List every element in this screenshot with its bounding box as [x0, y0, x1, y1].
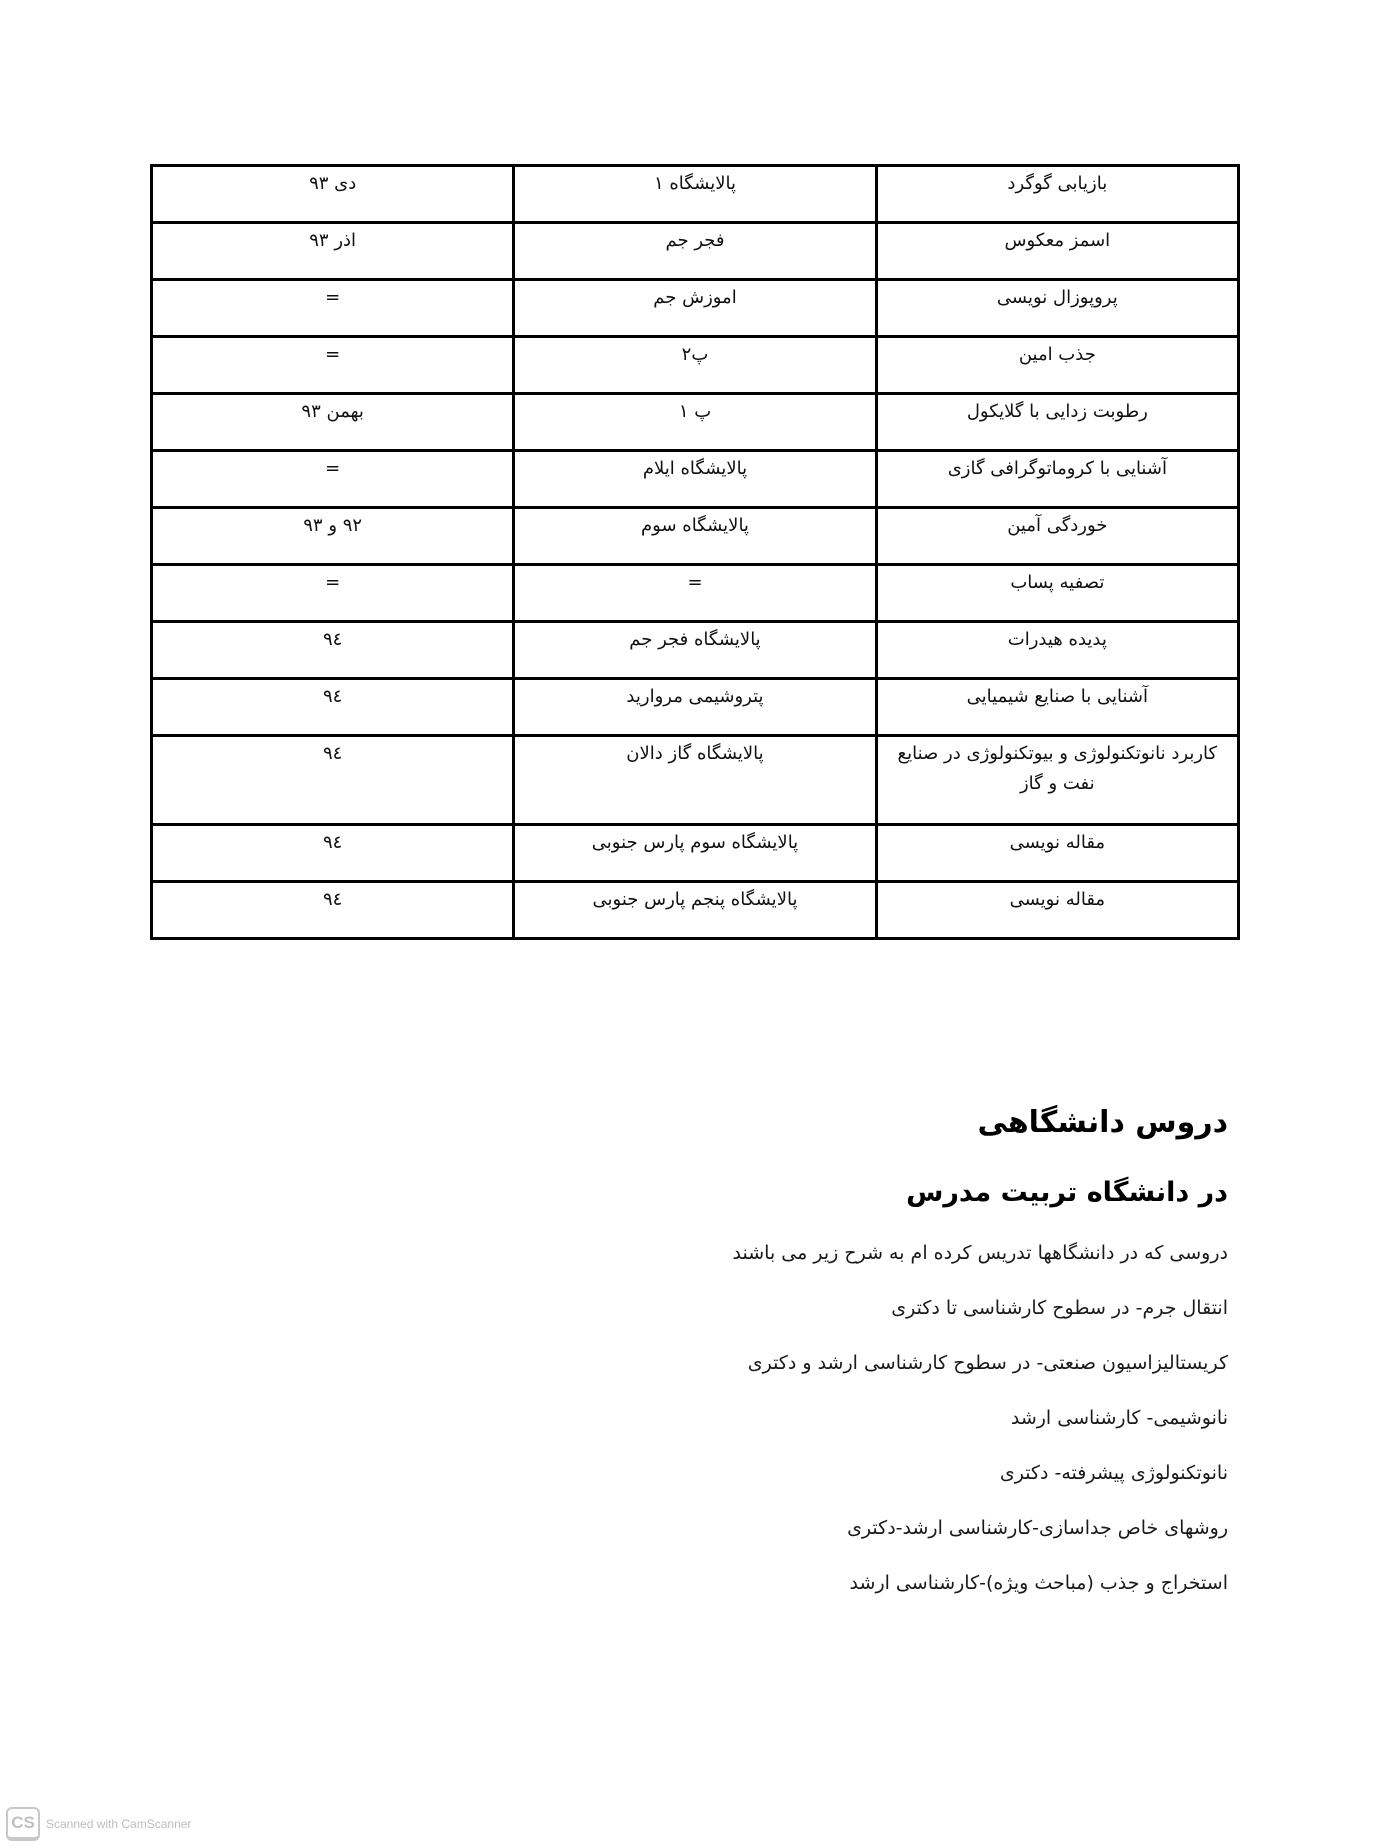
place-cell: فجر جم [514, 223, 876, 280]
section-heading: دروس دانشگاهی [978, 1105, 1229, 1140]
course-item: نانوتکنولوژی پیشرفته- دکتری [1000, 1462, 1228, 1484]
topic-cell: آشنایی با صنایع شیمیایی [876, 679, 1238, 736]
course-item: استخراج و جذب (مباحث ویژه)-کارشناسی ارشد [850, 1572, 1228, 1594]
topic-cell: کاربرد نانوتکنولوژی و بیوتکنولوژی در صنا… [876, 736, 1238, 825]
table-row: = پالایشگاه ایلام آشنایی با کروماتوگرافی… [152, 451, 1239, 508]
section-subheading: در دانشگاه تربیت مدرس [906, 1177, 1228, 1208]
topic-cell: پروپوزال نویسی [876, 280, 1238, 337]
date-cell: ۹۲ و ۹۳ [152, 508, 514, 565]
date-cell: = [152, 280, 514, 337]
topic-cell: آشنایی با کروماتوگرافی گازی [876, 451, 1238, 508]
table-row: ۹٤ پالایشگاه فجر جم پدیده هیدرات [152, 622, 1239, 679]
camscanner-logo-icon: CS [6, 1807, 40, 1841]
camscanner-watermark: CS Scanned with CamScanner [6, 1806, 191, 1842]
date-cell: ۹٤ [152, 736, 514, 825]
course-item: نانوشیمی- کارشناسی ارشد [1011, 1407, 1228, 1429]
intro-text: دروسی که در دانشگاهها تدریس کرده ام به ش… [733, 1242, 1228, 1264]
date-cell: = [152, 565, 514, 622]
table-row: ۹۲ و ۹۳ پالایشگاه سوم خوردگی آمین [152, 508, 1239, 565]
place-cell: = [514, 565, 876, 622]
place-cell: پالایشگاه ایلام [514, 451, 876, 508]
topic-cell: رطوبت زدایی با گلایکول [876, 394, 1238, 451]
watermark-text: Scanned with CamScanner [46, 1817, 191, 1831]
date-cell: = [152, 337, 514, 394]
table-row: ۹٤ پالایشگاه پنجم پارس جنوبی مقاله نویسی [152, 882, 1239, 939]
topic-cell: بازیابی گوگرد [876, 166, 1238, 223]
place-cell: پالایشگاه فجر جم [514, 622, 876, 679]
date-cell: ۹٤ [152, 679, 514, 736]
place-cell: پ ۱ [514, 394, 876, 451]
table-row: = = تصفیه پساب [152, 565, 1239, 622]
place-cell: پالایشگاه گاز دالان [514, 736, 876, 825]
topic-cell: مقاله نویسی [876, 882, 1238, 939]
date-cell: دی ۹۳ [152, 166, 514, 223]
place-cell: پالایشگاه سوم پارس جنوبی [514, 825, 876, 882]
date-cell: اذر ۹۳ [152, 223, 514, 280]
place-cell: پالایشگاه ۱ [514, 166, 876, 223]
table-row: ۹٤ پالایشگاه گاز دالان کاربرد نانوتکنولو… [152, 736, 1239, 825]
place-cell: پ۲ [514, 337, 876, 394]
table-row: ۹٤ پتروشیمی مروارید آشنایی با صنایع شیمی… [152, 679, 1239, 736]
place-cell: پالایشگاه سوم [514, 508, 876, 565]
place-cell: پالایشگاه پنجم پارس جنوبی [514, 882, 876, 939]
table-row: اذر ۹۳ فجر جم اسمز معکوس [152, 223, 1239, 280]
table-row: = اموزش جم پروپوزال نویسی [152, 280, 1239, 337]
course-item: روشهای خاص جداسازی-کارشناسی ارشد-دکتری [847, 1517, 1228, 1539]
date-cell: ۹٤ [152, 825, 514, 882]
table-row: بهمن ۹۳ پ ۱ رطوبت زدایی با گلایکول [152, 394, 1239, 451]
place-cell: پتروشیمی مروارید [514, 679, 876, 736]
date-cell: بهمن ۹۳ [152, 394, 514, 451]
date-cell: ۹٤ [152, 622, 514, 679]
course-item: کریستالیزاسیون صنعتی- در سطوح کارشناسی ا… [748, 1352, 1228, 1374]
table-row: = پ۲ جذب امین [152, 337, 1239, 394]
topic-cell: اسمز معکوس [876, 223, 1238, 280]
topic-cell: تصفیه پساب [876, 565, 1238, 622]
date-cell: ۹٤ [152, 882, 514, 939]
training-courses-table: دی ۹۳ پالایشگاه ۱ بازیابی گوگرد اذر ۹۳ ف… [150, 164, 1240, 940]
table-row: ۹٤ پالایشگاه سوم پارس جنوبی مقاله نویسی [152, 825, 1239, 882]
table-row: دی ۹۳ پالایشگاه ۱ بازیابی گوگرد [152, 166, 1239, 223]
place-cell: اموزش جم [514, 280, 876, 337]
topic-cell: پدیده هیدرات [876, 622, 1238, 679]
date-cell: = [152, 451, 514, 508]
topic-cell: مقاله نویسی [876, 825, 1238, 882]
topic-cell: جذب امین [876, 337, 1238, 394]
course-item: انتقال جرم- در سطوح کارشناسی تا دکتری [891, 1297, 1228, 1319]
topic-cell: خوردگی آمین [876, 508, 1238, 565]
